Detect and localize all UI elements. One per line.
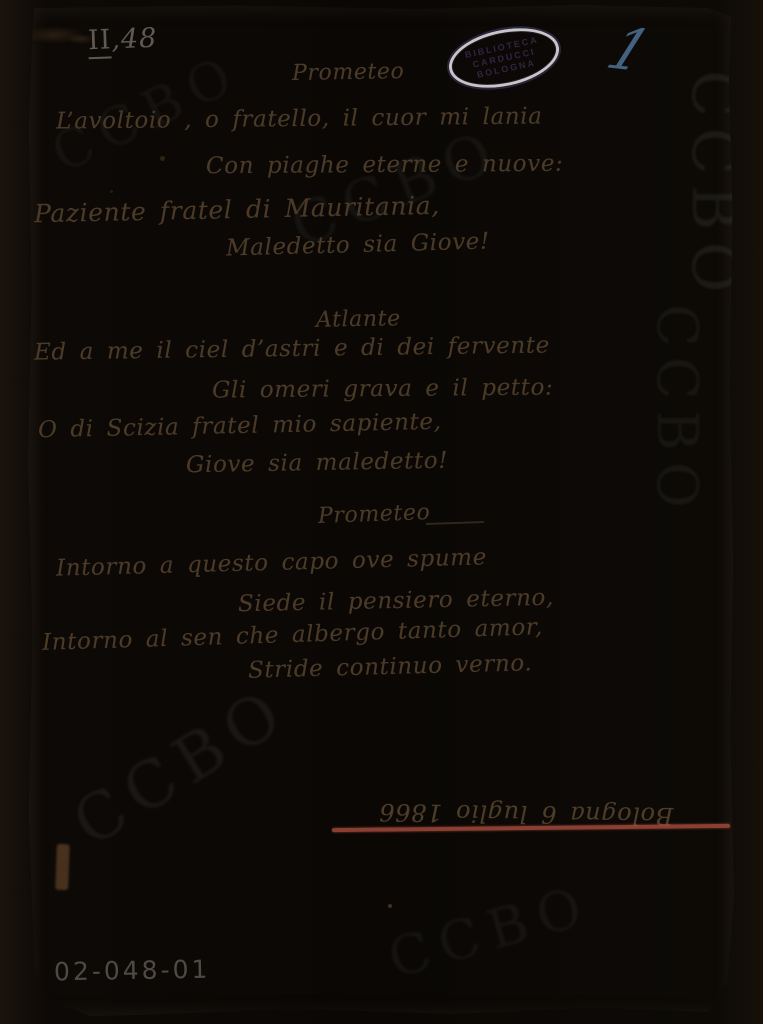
verse-line: Stride continuo verno. <box>248 650 533 683</box>
folio-arabic: ,48 <box>111 23 158 56</box>
folio-number: II,48 <box>87 23 157 56</box>
brown-mark <box>55 844 70 890</box>
verse-line: O di Scizia fratel mio sapiente, <box>38 409 442 443</box>
shelfmark: 02-048-01 <box>54 955 211 987</box>
verse-line: Con piaghe eterne e nuove: <box>206 151 564 179</box>
verse-line: Intorno a questo capo ove spume <box>56 544 487 581</box>
verse-line: Siede il pensiero eterno, <box>238 585 554 618</box>
verse-line: Paziente fratel di Mauritania, <box>34 191 440 228</box>
corner-page-number: 1 <box>598 16 660 84</box>
poem-title: Prometeo <box>292 59 405 86</box>
watermark-embossed: CCBO <box>381 873 598 991</box>
verse-line: Giove sia maledetto! <box>186 448 448 479</box>
pen-flourish <box>426 521 484 525</box>
watermark-embossed: CCBO <box>61 672 303 861</box>
watermark-embossed: CCBO <box>644 304 709 518</box>
verse-line: Ed a me il ciel d’astri e di dei fervent… <box>34 332 550 365</box>
verse-line: Maledetto sia Giove! <box>226 229 490 262</box>
paper-fleck <box>388 904 392 908</box>
verse-line: Intorno al sen che albergo tanto amor, <box>42 614 543 656</box>
library-stamp: BIBLIOTECA CARDUCCI BOLOGNA <box>441 17 567 100</box>
verse-line: L’avoltoio , o fratello, il cuor mi lani… <box>56 103 543 134</box>
speaker-heading: Prometeo <box>318 500 431 529</box>
folio-roman-numeral: II <box>87 24 112 59</box>
paper-fleck <box>110 190 113 193</box>
watermark-embossed: CCBO <box>678 70 751 302</box>
speaker-heading: Atlante <box>316 306 401 332</box>
verse-line: Gli omeri grava e il petto: <box>212 375 554 404</box>
paper-fleck <box>160 156 165 161</box>
scan-backdrop: CCBO CCBO CCBO CCBO CCBO CCBO II,48 BIBL… <box>0 0 763 1024</box>
manuscript-page: CCBO CCBO CCBO CCBO CCBO CCBO II,48 BIBL… <box>26 4 736 1018</box>
